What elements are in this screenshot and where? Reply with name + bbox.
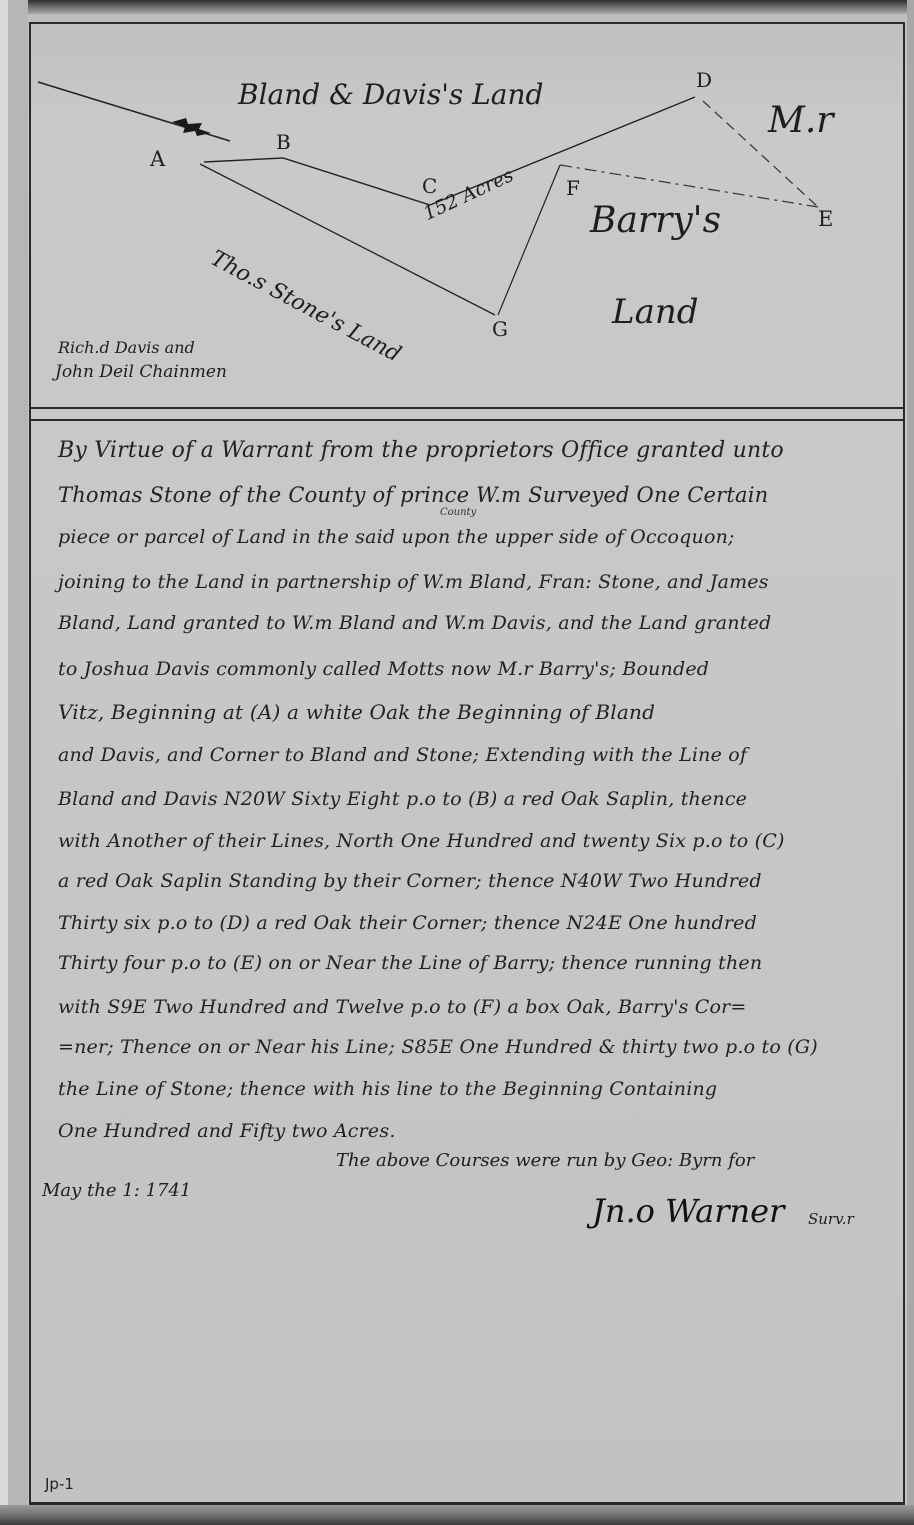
text-line-3: piece or parcel of Land in the said upon… [58, 526, 735, 548]
label-barrys: Barry's [590, 200, 721, 241]
section-divider-lower [29, 419, 905, 421]
text-line-9: Bland and Davis N20W Sixty Eight p.o to … [58, 788, 747, 810]
surveyor-title: Surv.r [808, 1210, 854, 1228]
compass-fleur-icon [172, 118, 211, 136]
plat-point-d: D [696, 68, 712, 92]
text-line-5: Bland, Land granted to W.m Bland and W.m… [58, 612, 771, 634]
text-line-8: and Davis, and Corner to Bland and Stone… [58, 744, 747, 766]
survey-date: May the 1: 1741 [42, 1180, 191, 1201]
chainmen-line-1: Rich.d Davis and [58, 338, 195, 357]
text-line-10: with Another of their Lines, North One H… [58, 830, 785, 852]
text-line-4: joining to the Land in partnership of W.… [58, 571, 769, 593]
text-line-17: One Hundred and Fifty two Acres. [58, 1120, 396, 1142]
plat-point-a: A [150, 147, 165, 171]
text-line-14: with S9E Two Hundred and Twelve p.o to (… [58, 996, 747, 1018]
text-line-1: By Virtue of a Warrant from the propriet… [58, 438, 784, 463]
catalog-mark: Jp-1 [45, 1475, 74, 1493]
plat-point-c: C [422, 174, 437, 198]
text-line-7: Vitz, Beginning at (A) a white Oak the B… [58, 700, 655, 724]
text-line-16: the Line of Stone; thence with his line … [58, 1078, 717, 1100]
attestation-text: The above Courses were run by Geo: Byrn … [336, 1150, 754, 1171]
chainmen-line-2: John Deil Chainmen [55, 362, 227, 382]
label-barrys-land: Land [612, 292, 699, 332]
text-line-2: Thomas Stone of the County of prince W.m… [58, 483, 768, 507]
plat-point-f: F [566, 176, 580, 200]
text-line-15: =ner; Thence on or Near his Line; S85E O… [58, 1036, 818, 1058]
scan-bottom-edge [0, 1505, 914, 1525]
text-line-6: to Joshua Davis commonly called Motts no… [58, 658, 709, 680]
section-divider-upper [29, 407, 905, 409]
boundary-a-g [200, 164, 495, 315]
text-line-13: Thirty four p.o to (E) on or Near the Li… [58, 952, 762, 974]
plat-point-g: G [492, 317, 508, 341]
text-line-12: Thirty six p.o to (D) a red Oak their Co… [58, 912, 757, 934]
plat-point-e: E [818, 207, 833, 231]
insertion-note-county: County [440, 507, 476, 518]
text-line-11: a red Oak Saplin Standing by their Corne… [58, 870, 762, 892]
surveyor-signature: Jn.o Warner [592, 1192, 784, 1230]
plat-point-b: B [276, 130, 291, 154]
label-mr: M.r [768, 100, 834, 141]
label-bland-davis-land: Bland & Davis's Land [238, 78, 543, 111]
